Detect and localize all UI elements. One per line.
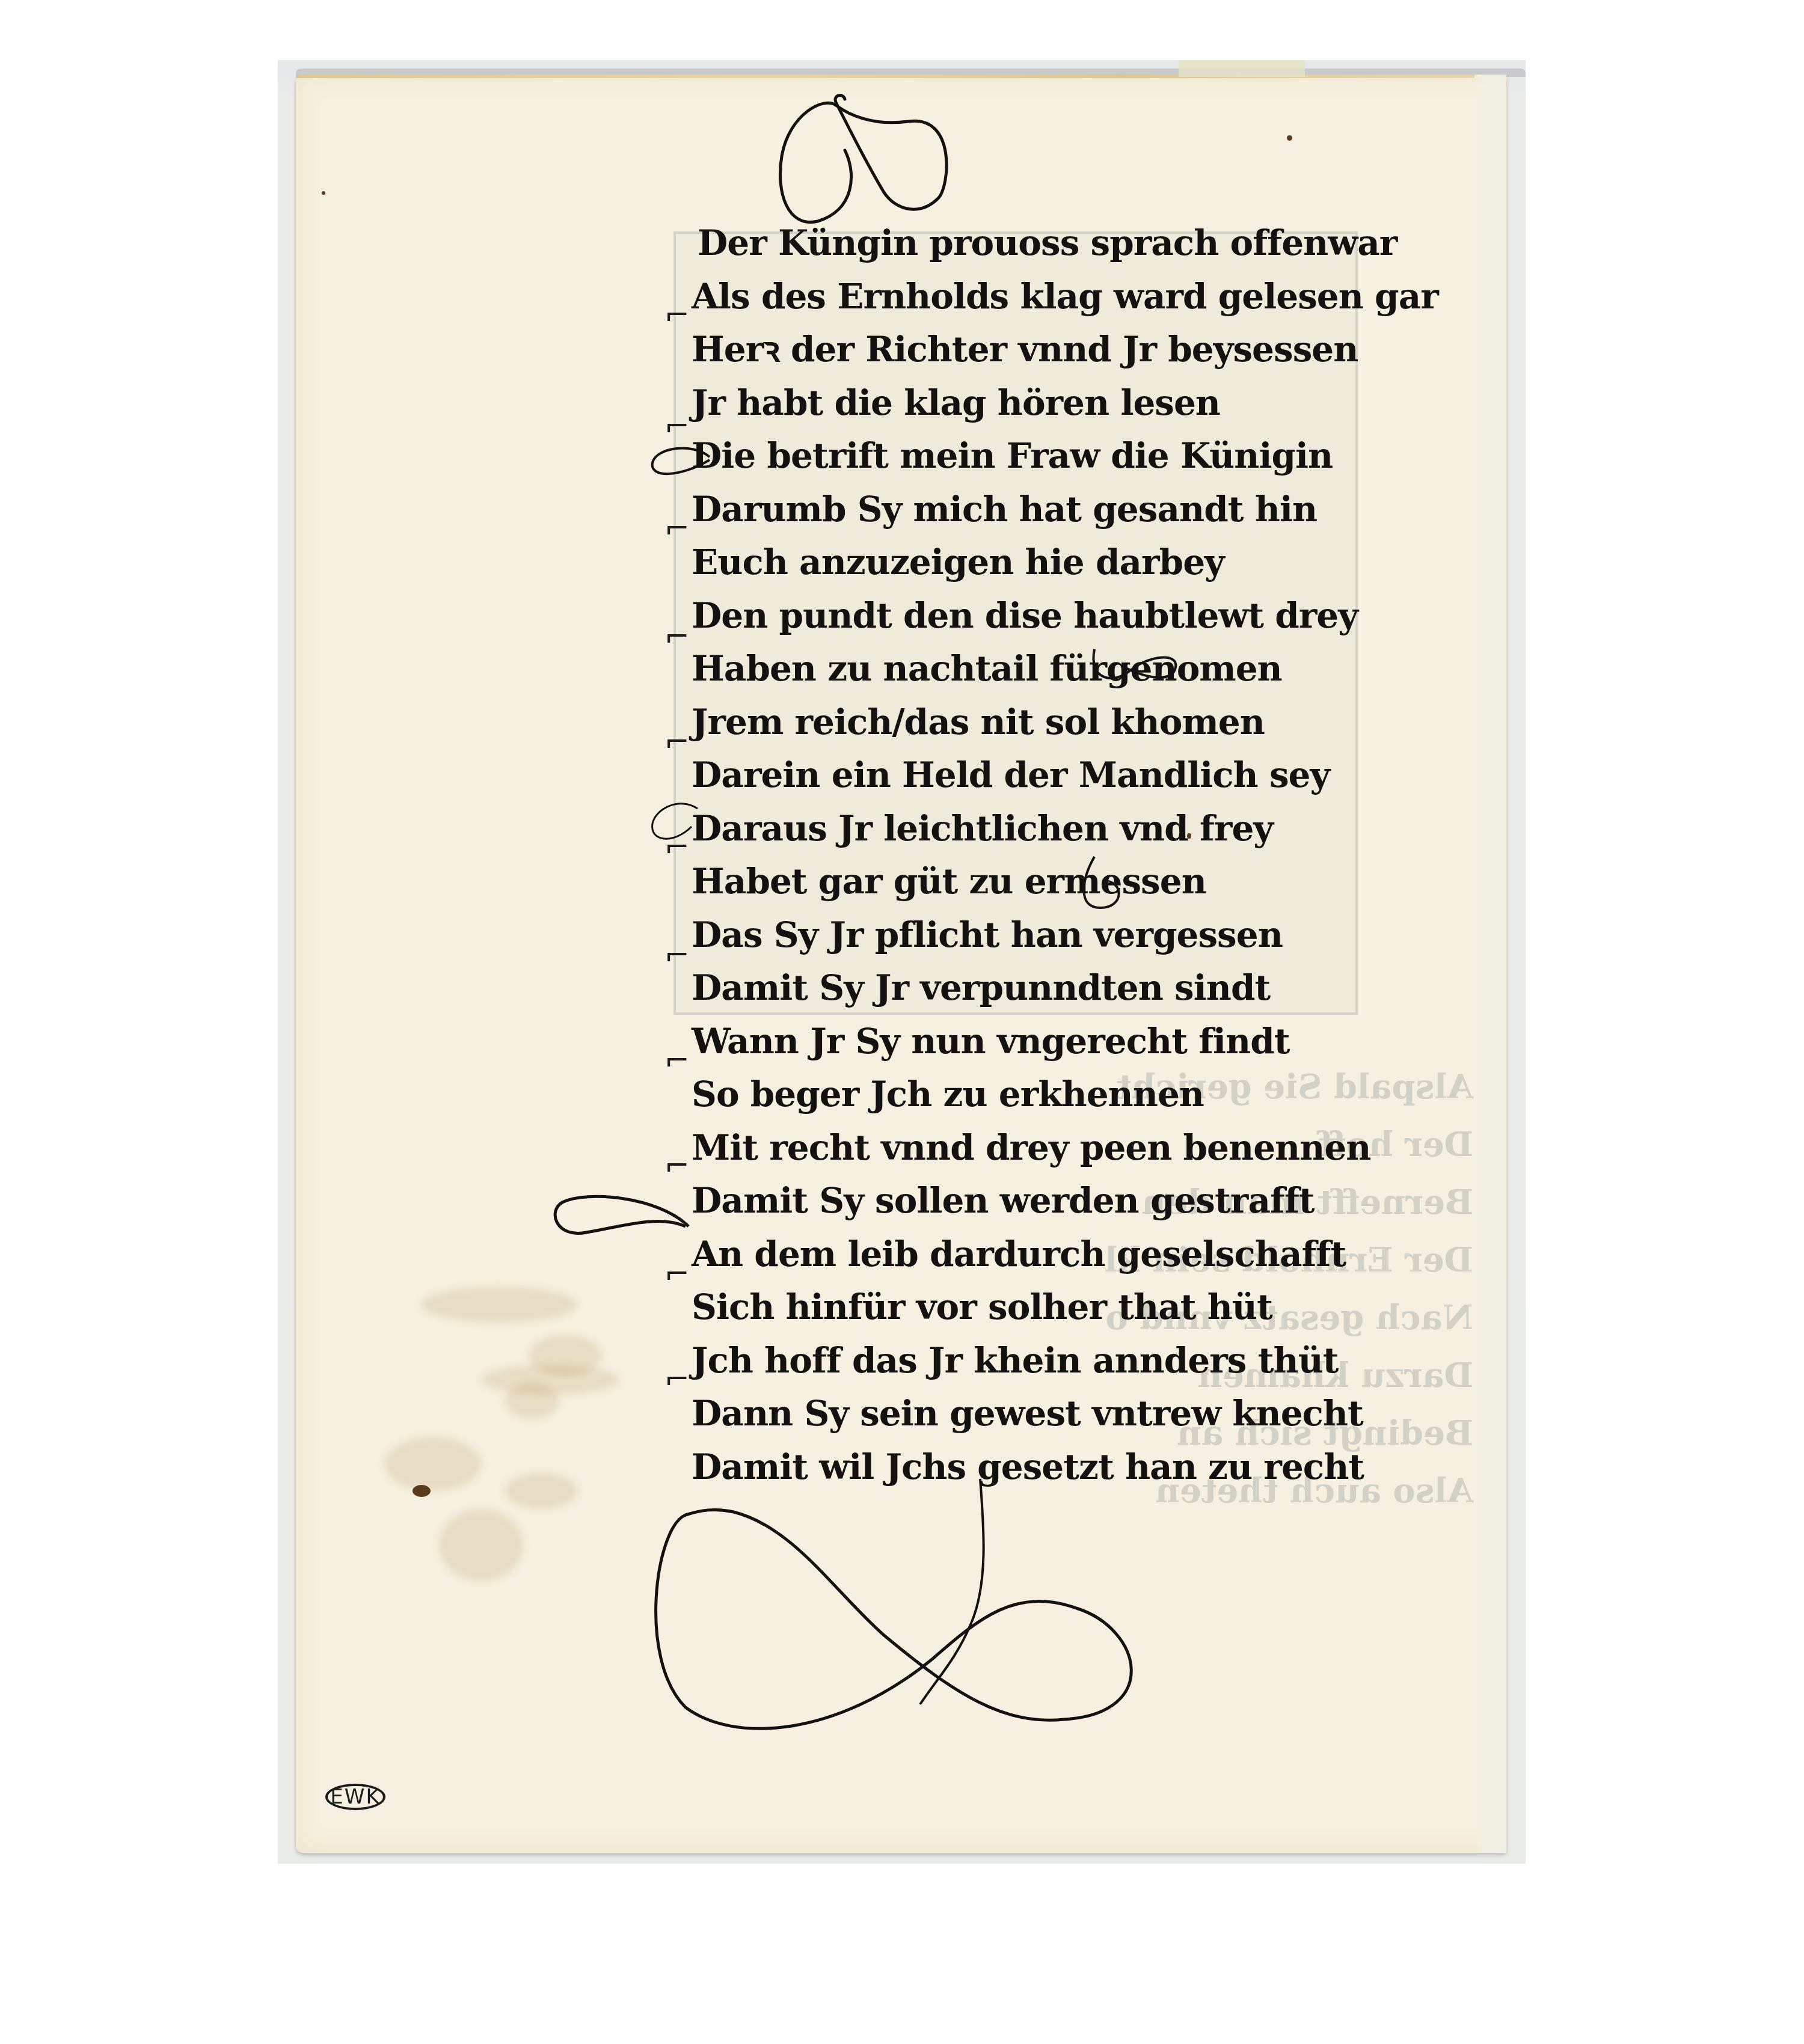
verse-text-block: Der Küngin prouoss sprach offenwar Als d… (692, 216, 1293, 1493)
verse-line: Damit wil Jchs gesetzt han zu recht (692, 1440, 1293, 1494)
foxing-stain (505, 1383, 559, 1419)
verse-line: Das Sy Jr pflicht han vergessen (692, 908, 1293, 962)
foxing-stain (439, 1509, 523, 1581)
collector-stamp: EWK (325, 1784, 385, 1810)
verse-line: Herꝛ der Richter vnnd Jr beysessen (692, 323, 1293, 376)
verse-line: An dem leib dardurch geselschafft (692, 1228, 1293, 1281)
verse-line: Jr habt die klag hören lesen (692, 376, 1293, 430)
paragraph-mark-icon: ⌐ (664, 511, 690, 546)
verse-line: Jrem reich/das nit sol khomen (692, 696, 1293, 749)
paragraph-mark-icon: ⌐ (664, 619, 690, 654)
verse-line: Jch hoff das Jr khein annders thüt (692, 1334, 1293, 1388)
verse-line: Der Küngin prouoss sprach offenwar (692, 216, 1293, 270)
verse-line: Mit recht vnnd drey peen benennen (692, 1121, 1293, 1175)
verse-line: Als des Ernholds klag ward gelesen gar (692, 270, 1293, 323)
verse-line: Euch anzuzeigen hie darbey (692, 536, 1293, 589)
foxing-stain (505, 1473, 577, 1509)
bottom-flourish (643, 1479, 1167, 1737)
paragraph-mark-icon: ⌐ (664, 830, 690, 864)
top-flourish (776, 90, 1052, 234)
paragraph-mark-icon: ⌐ (664, 409, 690, 444)
verse-line: Den pundt den dise haubtlewt drey (692, 589, 1293, 643)
foxing-stain (385, 1437, 481, 1491)
verse-line: Damit Sy sollen werden gestrafft (692, 1174, 1293, 1228)
verse-line: So beger Jch zu erkhennen (692, 1068, 1293, 1121)
ink-spot (1287, 135, 1292, 141)
paragraph-mark-icon: ⌐ (664, 938, 690, 973)
verse-line: Die betrift mein Fraw die Künigin (692, 429, 1293, 483)
verse-line: Wann Jr Sy nun vngerecht findt (692, 1015, 1293, 1068)
side-flourish-line20 (550, 1190, 695, 1262)
paragraph-mark-icon: ⌐ (664, 1043, 690, 1078)
paragraph-mark-icon: ⌐ (664, 1148, 690, 1183)
verse-line: Darumb Sy mich hat gesandt hin (692, 483, 1293, 536)
ink-spot (322, 191, 325, 195)
verse-line: Habet gar güt zu ermessen (692, 855, 1293, 908)
hinge-tape-top (1179, 60, 1305, 77)
verse-line: Daraus Jr leichtlichen vnd frey (692, 802, 1293, 855)
paragraph-mark-icon: ⌐ (664, 1362, 690, 1397)
paragraph-mark-icon: ⌐ (664, 1256, 690, 1291)
foxing-stain (421, 1287, 577, 1323)
collector-stamp-label: EWK (330, 1785, 380, 1809)
verse-line: Darein ein Held der Mandlich sey (692, 748, 1293, 802)
paragraph-mark-icon: ⌐ (664, 724, 690, 759)
paragraph-mark-icon: ⌐ (664, 298, 690, 332)
ink-spot (413, 1485, 431, 1497)
verse-line: Dann Sy sein gewest vntrew knecht (692, 1387, 1293, 1440)
hinge-tape-right (1477, 75, 1506, 1853)
verse-line: Sich hinfür vor solher that hüt (692, 1281, 1293, 1334)
verse-line: Damit Sy Jr verpunndten sindt (692, 961, 1293, 1015)
verse-line: Haben zu nachtail fürgenomen (692, 642, 1293, 696)
